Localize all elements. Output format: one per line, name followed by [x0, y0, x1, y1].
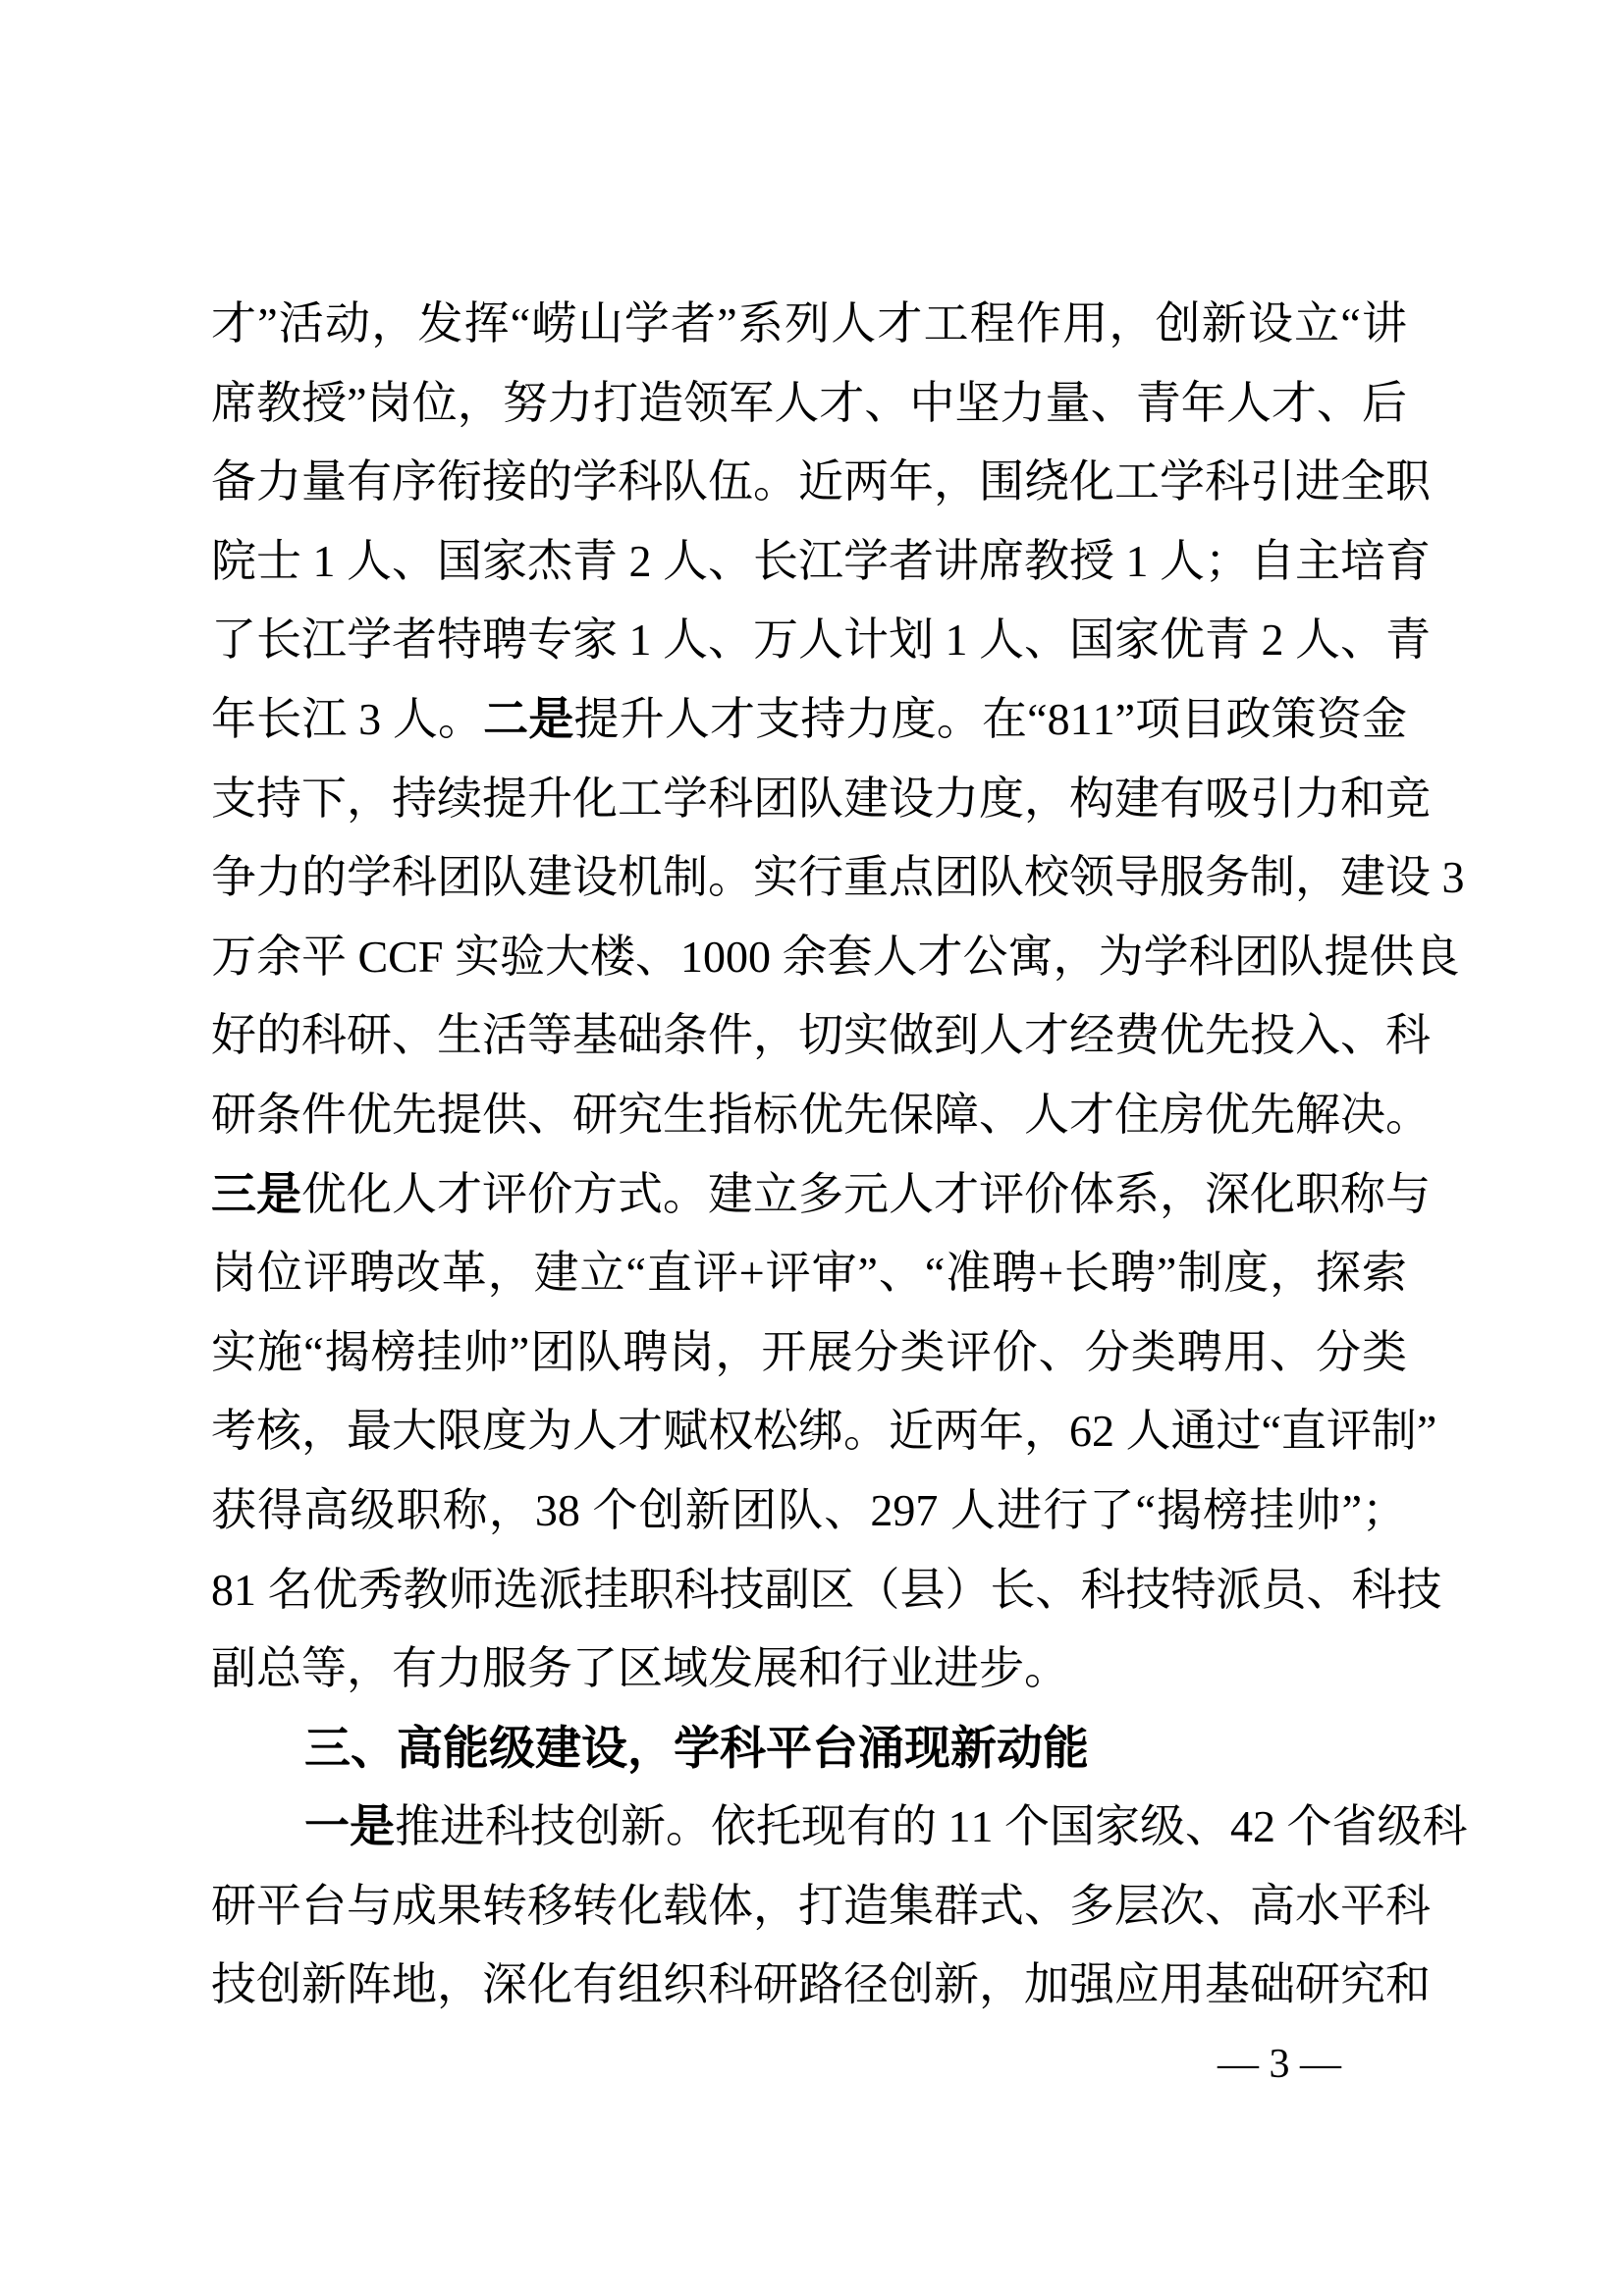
page-number: — 3 — — [1218, 2025, 1341, 2104]
text-line: 三是优化人才评价方式。建立多元人才评价体系，深化职称与 — [211, 1155, 1407, 1235]
text-segment: 提升人才支持力度。在“811”项目政策资金 — [574, 694, 1408, 744]
text-line: 争力的学科团队建设机制。实行重点团队校领导服务制，建设 3 — [211, 838, 1407, 918]
text-segment: 副总等，有力服务了区域发展和行业进步。 — [211, 1643, 1069, 1693]
text-segment: 院士 1 人、国家杰青 2 人、长江学者讲席教授 1 人；自主培育 — [211, 536, 1431, 586]
text-segment: 技创新阵地，深化有组织科研路径创新，加强应用基础研究和 — [211, 1959, 1431, 2009]
text-line: 备力量有序衔接的学科队伍。近两年，围绕化工学科引进全职 — [211, 443, 1407, 522]
text-segment: 才”活动，发挥“崂山学者”系列人才工程作用，创新设立“讲 — [211, 298, 1407, 348]
bold-text-segment: 一是 — [304, 1801, 395, 1851]
text-segment: 获得高级职称，38 个创新团队、297 人进行了“揭榜挂帅”； — [211, 1485, 1407, 1535]
text-segment: 万余平 CCF 实验大楼、1000 余套人才公寓，为学科团队提供良 — [211, 932, 1459, 982]
text-segment: 年长江 3 人。 — [211, 694, 483, 744]
text-line: 获得高级职称，38 个创新团队、297 人进行了“揭榜挂帅”； — [211, 1471, 1407, 1551]
text-line: 才”活动，发挥“崂山学者”系列人才工程作用，创新设立“讲 — [211, 285, 1407, 364]
document-body: 才”活动，发挥“崂山学者”系列人才工程作用，创新设立“讲席教授”岗位，努力打造领… — [211, 285, 1407, 2025]
text-line: 副总等，有力服务了区域发展和行业进步。 — [211, 1629, 1407, 1709]
text-segment: 研平台与成果转移转化载体，打造集群式、多层次、高水平科 — [211, 1881, 1431, 1931]
text-segment: 席教授”岗位，努力打造领军人才、中坚力量、青年人才、后 — [211, 378, 1407, 428]
text-segment: 岗位评聘改革，建立“直评+评审”、“准聘+长聘”制度，探索 — [211, 1248, 1407, 1298]
text-segment: 好的科研、生活等基础条件，切实做到人才经费优先投入、科 — [211, 1010, 1431, 1060]
text-line: 年长江 3 人。二是提升人才支持力度。在“811”项目政策资金 — [211, 680, 1407, 760]
text-line: 院士 1 人、国家杰青 2 人、长江学者讲席教授 1 人；自主培育 — [211, 522, 1407, 602]
text-line: 席教授”岗位，努力打造领军人才、中坚力量、青年人才、后 — [211, 364, 1407, 444]
text-segment: 推进科技创新。依托现有的 11 个国家级、42 个省级科 — [395, 1801, 1468, 1851]
text-segment: 支持下，持续提升化工学科团队建设力度，构建有吸引力和竞 — [211, 774, 1431, 824]
text-line: 支持下，持续提升化工学科团队建设力度，构建有吸引力和竞 — [211, 760, 1407, 839]
text-line: 好的科研、生活等基础条件，切实做到人才经费优先投入、科 — [211, 996, 1407, 1076]
text-line: 研条件优先提供、研究生指标优先保障、人才住房优先解决。 — [211, 1076, 1407, 1155]
section-heading: 三、高能级建设，学科平台涌现新动能 — [211, 1709, 1407, 1789]
text-line: 了长江学者特聘专家 1 人、万人计划 1 人、国家优青 2 人、青 — [211, 601, 1407, 680]
text-line: 技创新阵地，深化有组织科研路径创新，加强应用基础研究和 — [211, 1946, 1407, 2025]
text-segment: 争力的学科团队建设机制。实行重点团队校领导服务制，建设 3 — [211, 852, 1465, 902]
text-line: 考核，最大限度为人才赋权松绑。近两年，62 人通过“直评制” — [211, 1392, 1407, 1471]
bold-text-segment: 二是 — [483, 694, 573, 744]
text-segment: 了长江学者特聘专家 1 人、万人计划 1 人、国家优青 2 人、青 — [211, 614, 1431, 665]
text-segment: 备力量有序衔接的学科队伍。近两年，围绕化工学科引进全职 — [211, 456, 1431, 507]
text-line: 一是推进科技创新。依托现有的 11 个国家级、42 个省级科 — [211, 1788, 1407, 1867]
document-page: 才”活动，发挥“崂山学者”系列人才工程作用，创新设立“讲席教授”岗位，努力打造领… — [0, 0, 1624, 2296]
text-segment: 研条件优先提供、研究生指标优先保障、人才住房优先解决。 — [211, 1090, 1431, 1140]
text-line: 实施“揭榜挂帅”团队聘岗，开展分类评价、分类聘用、分类 — [211, 1313, 1407, 1393]
text-line: 81 名优秀教师选派挂职科技副区（县）长、科技特派员、科技 — [211, 1551, 1407, 1630]
text-segment: 实施“揭榜挂帅”团队聘岗，开展分类评价、分类聘用、分类 — [211, 1327, 1407, 1377]
text-line: 万余平 CCF 实验大楼、1000 余套人才公寓，为学科团队提供良 — [211, 918, 1407, 997]
text-segment: 81 名优秀教师选派挂职科技副区（县）长、科技特派员、科技 — [211, 1565, 1442, 1615]
text-line: 研平台与成果转移转化载体，打造集群式、多层次、高水平科 — [211, 1867, 1407, 1947]
bold-text-segment: 三、高能级建设，学科平台涌现新动能 — [304, 1722, 1089, 1774]
text-segment: 优化人才评价方式。建立多元人才评价体系，深化职称与 — [301, 1169, 1431, 1219]
text-segment: 考核，最大限度为人才赋权松绑。近两年，62 人通过“直评制” — [211, 1406, 1436, 1456]
text-line: 岗位评聘改革，建立“直评+评审”、“准聘+长聘”制度，探索 — [211, 1234, 1407, 1313]
bold-text-segment: 三是 — [211, 1169, 301, 1219]
